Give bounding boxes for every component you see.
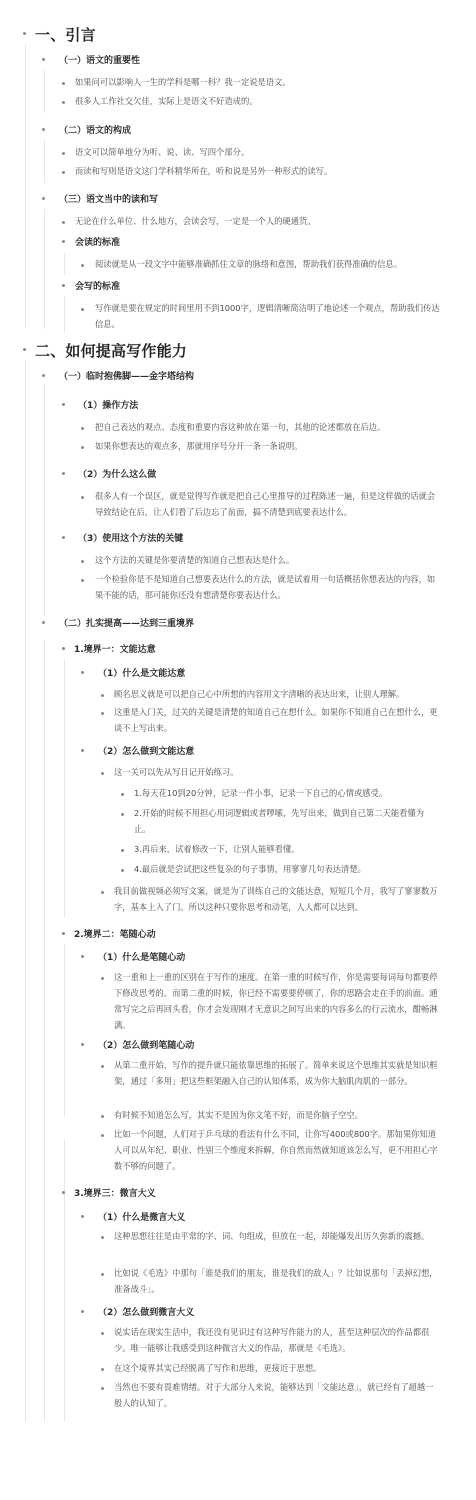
bullet-icon [121,869,124,872]
group-heading: （1）什么是文能达意 [98,666,185,679]
list-item: 如果你想表达的观点多，那就用序号分开一条一条说明。 [95,438,440,454]
bullet-icon [101,1236,104,1239]
list-item: 在这个境界其实已经脱离了写作和思维，更接近于思想。 [114,1360,440,1376]
guide-line-group-write [64,296,65,332]
bullet-icon [62,932,65,935]
bullet-icon [81,264,84,267]
bullet-icon [101,694,104,697]
bullet-icon [121,849,124,852]
bullet-icon [81,955,84,958]
group-heading: 会写的标准 [75,279,120,292]
bullet-icon [101,712,104,715]
bullet-icon [42,197,45,200]
group-heading: （2）怎么做到微言大义 [98,1305,194,1318]
bullet-icon [101,1065,104,1068]
list-item: 写作就是要在规定的时间里用不到1000字，逻辑清晰简洁明了地论述一个观点，帮助我… [95,300,440,332]
bullet-icon [101,1273,104,1276]
list-item: 一个检验你是不是知道自己想要表达什么的方法，就是试着用一句话概括你想表达的内容，… [95,571,440,603]
bullet-icon [121,793,124,796]
group-heading: 会读的标准 [75,235,120,248]
bullet-icon [81,1215,84,1218]
list-item: 当然也不要有畏难情绪。对于大部分人来说，能够达到「文能达意」，就已经有了超越一般… [114,1379,440,1411]
bullet-icon [23,348,26,351]
guide-line-realm-2 [64,944,65,1116]
bullet-icon [62,240,65,243]
step-item: 3.再后来，试着修改一下，让别人能够看懂。 [134,841,440,857]
bullet-icon [62,472,65,475]
bullet-icon [62,171,65,174]
subsection-heading: （二）语文的构成 [59,123,131,136]
group-heading: （2）怎么做到文能达意 [98,744,194,757]
bullet-icon [121,813,124,816]
guide-line-section-2 [25,360,26,1422]
guide-line-sub-1-2 [44,139,45,183]
list-item: 顾名思义就是可以把自己心中所想的内容用文字清晰的表达出来，让别人理解。 [114,686,440,702]
guide-line-sub-2-2 [44,640,45,1422]
list-item: 很多人有一个误区，就是觉得写作就是把自己心里推导的过程陈述一遍，但是这样做的话就… [95,488,440,520]
bullet-icon [81,446,84,449]
list-item: 而读和写则是语文这门学科精华所在，听和说是另外一种形式的读写。 [75,163,435,179]
bullet-icon [101,772,104,775]
bullet-icon [23,32,26,35]
list-item: 无论在什么单位、什么地方，会读会写，一定是一个人的硬通货。 [75,213,435,229]
realm-heading: 2.境界二：笔随心动 [74,927,156,940]
guide-line-realm-1 [64,660,65,918]
guide-line-sub-1-3 [44,209,45,329]
subsection-heading: （三）语文当中的读和写 [59,192,158,205]
bullet-icon [42,128,45,131]
group-heading: （2）为什么这么做 [78,467,156,480]
bullet-icon [81,671,84,674]
subsection-heading: （二）扎实提高——达到三重境界 [59,616,194,629]
guide-line-sub-2-1 [44,384,45,616]
bullet-icon [62,221,65,224]
bullet-icon [101,1332,104,1335]
bullet-icon [62,284,65,287]
subsection-heading: （一）临时抱佛脚——金字塔结构 [59,369,194,382]
bullet-icon [81,496,84,499]
group-heading: （1）操作方法 [78,398,138,411]
list-item: 把自己表达的观点、态度和重要内容这种放在第一句，其他的论述都放在后边。 [95,419,440,435]
list-item: 这个方法的关键是你要清楚的知道自己想表达是什么。 [95,552,440,568]
bullet-icon [81,308,84,311]
bullet-icon [42,58,45,61]
guide-line-group-read [64,253,65,275]
bullet-icon [42,621,45,624]
section-heading: 二、如何提高写作能力 [35,340,187,361]
bullet-icon [101,891,104,894]
bullet-icon [101,1115,104,1118]
bullet-icon [81,560,84,563]
list-item: 说实话在现实生活中，我还没有见识过有这种写作能力的人，甚至这种层次的作品都很少。… [114,1324,440,1356]
bullet-icon [81,427,84,430]
realm-heading: 3.境界三：微言大义 [74,1186,156,1199]
list-item: 从第二重开始，写作的提升就只能依靠思维的拓展了。简单来说这个思维其实就是知识框架… [114,1057,440,1089]
list-item: 比如说《毛选》中那句「谁是我们的朋友，谁是我们的敌人」？比如说那句「丢掉幻想，准… [114,1265,440,1297]
group-heading: （1）什么是笔随心动 [98,950,185,963]
guide-line-sub-1-1 [44,69,45,113]
bullet-icon [81,749,84,752]
bullet-icon [101,1387,104,1390]
bullet-icon [101,977,104,980]
guide-line-section-1 [25,44,26,328]
bullet-icon [62,403,65,406]
guide-line-realm-3 [64,1140,65,1422]
bullet-icon [62,536,65,539]
bullet-icon [81,1310,84,1313]
list-item: 比如一个问题，人们对于乒乓球的看法有什么不同，让你写400或800字。那如果你知… [114,1126,440,1174]
group-heading: （1）什么是微言大义 [98,1210,185,1223]
group-heading: （3）使用这个方法的关键 [78,531,183,544]
bullet-icon [62,1191,65,1194]
section-heading: 一、引言 [35,24,96,45]
bullet-icon [62,101,65,104]
realm-heading: 1.境界一：文能达意 [74,642,156,655]
list-item: 这种思想往往是由平常的字、词、句组成，但放在一起，却能爆发出历久弥新的震撼。 [114,1228,440,1244]
list-item: 语文可以简单地分为听、说、读、写四个部分。 [75,144,435,160]
group-heading: （2）怎么做到笔随心动 [98,1038,194,1051]
bullet-icon [62,647,65,650]
bullet-icon [81,579,84,582]
bullet-icon [62,152,65,155]
step-item: 1.每天花10到20分钟，记录一件小事，记录一下自己的心情或感受。 [134,785,440,801]
bullet-icon [42,374,45,377]
bullet-icon [101,1134,104,1137]
list-item: 这重是入门关，过关的关键是清楚的知道自己在想什么。如果你不知道自己在想什么，更谈… [114,704,440,736]
bullet-icon [62,82,65,85]
list-item: 这一重和上一重的区别在于写作的速度。在第一重的时候写作，你是需要每词每句都要停下… [114,969,440,1033]
step-item: 2.开始的时候不用担心用词逻辑或者啰嗦，先写出来，做到自己第二天能看懂为止。 [134,805,440,837]
list-item: 这一关可以先从写日记开始练习。 [114,764,440,780]
bullet-icon [101,1368,104,1371]
bullet-icon [81,1043,84,1046]
step-item: 4.最后就是尝试把这些复杂的句子事情，用寥寥几句表达清楚。 [134,861,440,877]
subsection-heading: （一）语文的重要性 [59,53,140,66]
list-item: 很多人工作社交欠佳，实际上是语文不好造成的。 [75,93,435,109]
list-item: 有时候不知道怎么写，其实不是因为你文笔不好，而是你脑子空空。 [114,1107,440,1123]
list-item: 阅读就是从一段文字中能够准确抓住文章的脉络和意图，帮助我们获得准确的信息。 [95,256,440,272]
list-item: 我目前做视频必须写文案，就是为了训练自己的文能达意，短短几个月，我写了寥寥数万字… [114,883,440,915]
list-item: 如果问可以影响人一生的学科是哪一科？我一定说是语文。 [75,74,435,90]
